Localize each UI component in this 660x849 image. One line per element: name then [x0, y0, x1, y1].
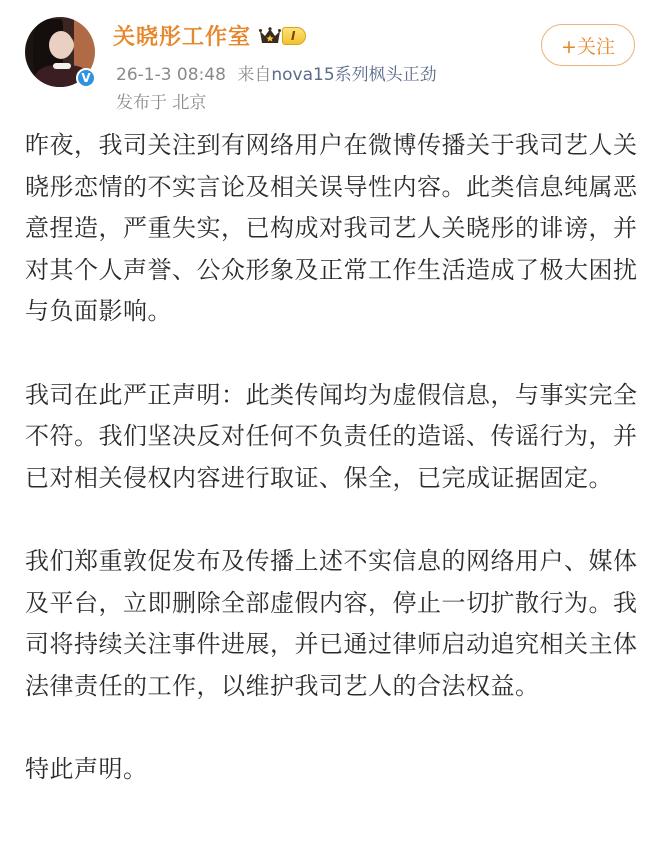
timestamp: 26-1-3 08:48	[116, 65, 226, 85]
post-meta: 26-1-3 08:48 来自nova15系列枫头正劲	[116, 60, 437, 85]
level-badge[interactable]: I	[282, 27, 306, 45]
source-prefix: 来自	[237, 65, 271, 85]
paragraph-4: 特此声明。	[25, 749, 640, 791]
crown-icon[interactable]	[259, 27, 281, 45]
source-device[interactable]: nova15系列枫头正劲	[271, 65, 436, 85]
author-name[interactable]: 关晓彤工作室	[113, 20, 251, 51]
avatar-collar	[53, 63, 71, 69]
post-header: V 关晓彤工作室 I 26-1-3 08:48 来自nova15系列枫头正劲 发…	[0, 0, 660, 120]
author-row: 关晓彤工作室 I	[113, 20, 306, 51]
post-location: 发布于 北京	[116, 88, 206, 113]
paragraph-2: 我司在此严正声明：此类传闻均为虚假信息，与事实完全不符。我们坚决反对任何不负责任…	[25, 375, 640, 500]
verified-icon: V	[76, 68, 96, 88]
avatar-face	[49, 31, 73, 59]
paragraph-1: 昨夜，我司关注到有网络用户在微博传播关于我司艺人关晓彤恋情的不实言论及相关误导性…	[25, 125, 640, 333]
post-body: 昨夜，我司关注到有网络用户在微博传播关于我司艺人关晓彤恋情的不实言论及相关误导性…	[25, 125, 640, 832]
paragraph-3: 我们郑重敦促发布及传播上述不实信息的网络用户、媒体及平台，立即删除全部虚假内容，…	[25, 541, 640, 707]
follow-button[interactable]: +关注	[541, 24, 635, 66]
